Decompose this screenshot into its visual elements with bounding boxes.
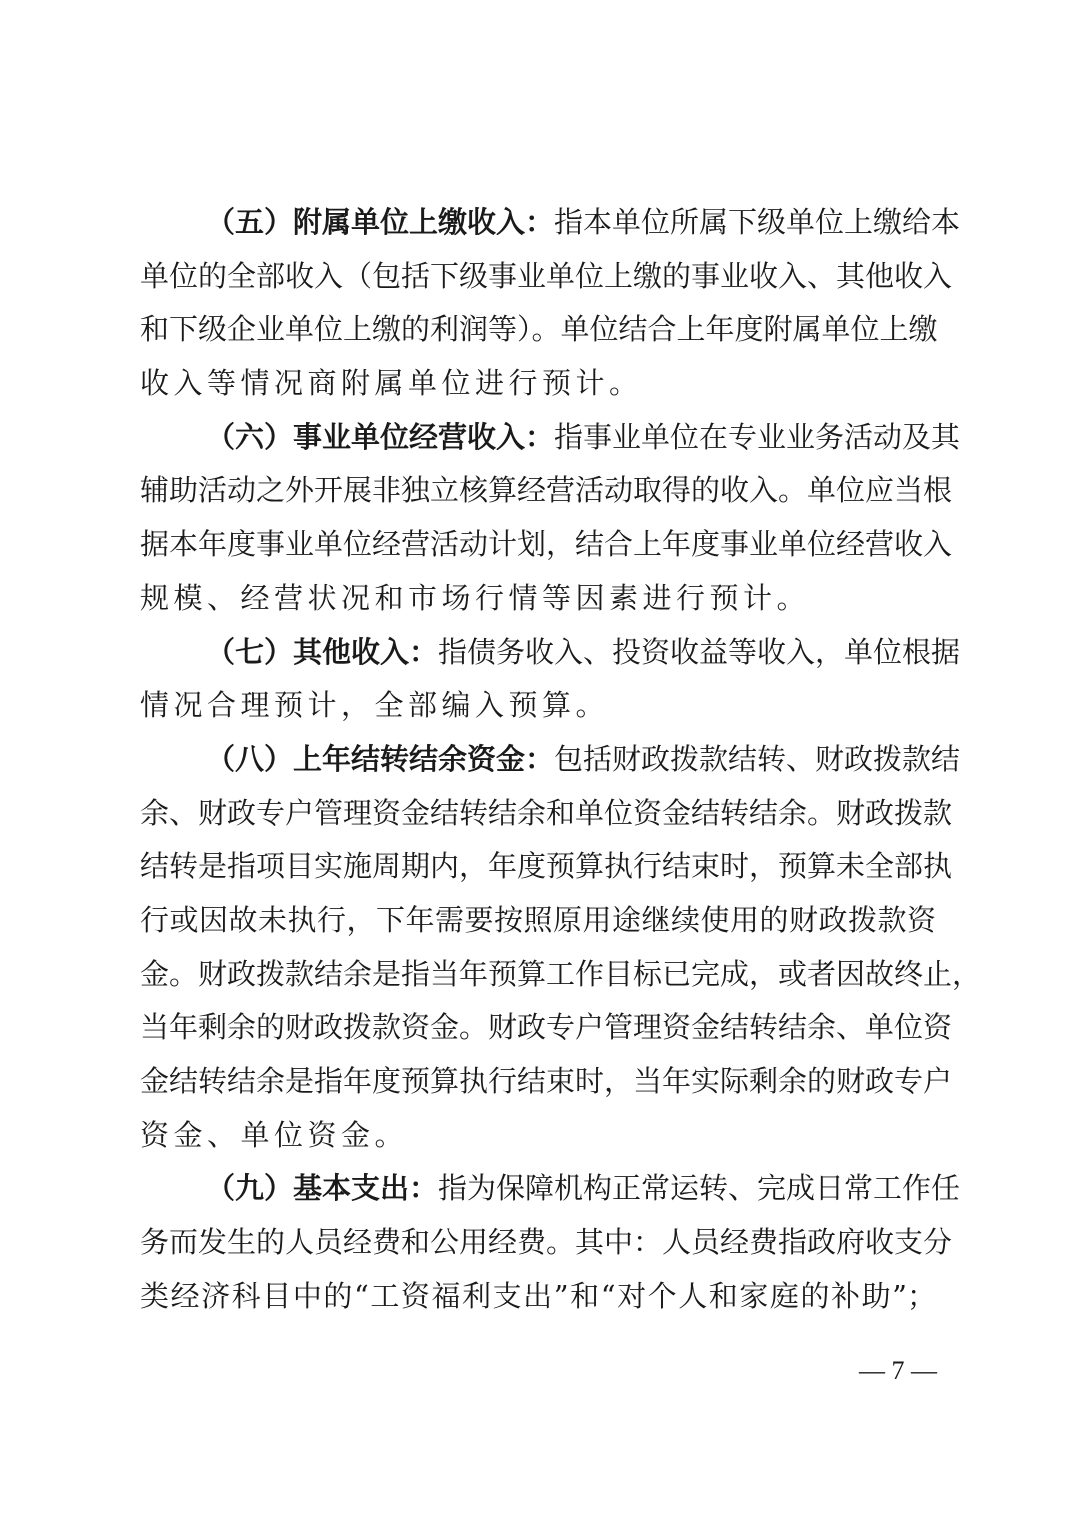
paragraph-text: 指债务收入、投资收益等收入，单位根据	[438, 635, 960, 669]
paragraph-line: 收入等情况商附属单位进行预计。	[140, 357, 936, 411]
page-number: — 7 —	[858, 1356, 938, 1386]
document-page-body: （五）附属单位上缴收入：指本单位所属下级单位上缴给本 单位的全部收入（包括下级事…	[140, 196, 936, 1323]
paragraph-carryover-balance-funds: （八）上年结转结余资金：包括财政拨款结转、财政拨款结 余、财政专户管理资金结转结…	[140, 733, 936, 1163]
paragraph-first-line: （五）附属单位上缴收入：指本单位所属下级单位上缴给本	[140, 196, 936, 250]
paragraph-line: 辅助活动之外开展非独立核算经营活动取得的收入。单位应当根	[140, 464, 936, 518]
paragraph-line: 当年剩余的财政拨款资金。财政专户管理资金结转结余、单位资	[140, 1001, 936, 1055]
paragraph-line: 据本年度事业单位经营活动计划，结合上年度事业单位经营收入	[140, 518, 936, 572]
paragraph-first-line: （六）事业单位经营收入：指事业单位在专业业务活动及其	[140, 411, 936, 465]
paragraph-line: 类经济科目中的“工资福利支出”和“对个人和家庭的补助”；	[140, 1270, 936, 1324]
paragraph-other-income: （七）其他收入：指债务收入、投资收益等收入，单位根据 情况合理预计，全部编入预算…	[140, 626, 936, 733]
paragraph-heading: （八）上年结转结余资金：	[206, 742, 554, 776]
paragraph-line: 情况合理预计，全部编入预算。	[140, 679, 936, 733]
paragraph-line: 金。财政拨款结余是指当年预算工作目标已完成，或者因故终止，	[140, 948, 936, 1002]
paragraph-line: 金结转结余是指年度预算执行结束时，当年实际剩余的财政专户	[140, 1055, 936, 1109]
paragraph-text: 包括财政拨款结转、财政拨款结	[554, 742, 960, 776]
paragraph-line: 单位的全部收入（包括下级事业单位上缴的事业收入、其他收入	[140, 250, 936, 304]
paragraph-text: 指事业单位在专业业务活动及其	[554, 420, 960, 454]
paragraph-heading: （七）其他收入：	[206, 635, 438, 669]
paragraph-heading: （五）附属单位上缴收入：	[206, 205, 554, 239]
paragraph-line: 和下级企业单位上缴的利润等）。单位结合上年度附属单位上缴	[140, 303, 936, 357]
paragraph-first-line: （七）其他收入：指债务收入、投资收益等收入，单位根据	[140, 626, 936, 680]
paragraph-first-line: （九）基本支出：指为保障机构正常运转、完成日常工作任	[140, 1162, 936, 1216]
paragraph-line: 资金、单位资金。	[140, 1109, 936, 1163]
paragraph-text: 指本单位所属下级单位上缴给本	[554, 205, 960, 239]
paragraph-line: 规模、经营状况和市场行情等因素进行预计。	[140, 572, 936, 626]
paragraph-line: 余、财政专户管理资金结转结余和单位资金结转结余。财政拨款	[140, 787, 936, 841]
paragraph-line: 行或因故未执行，下年需要按照原用途继续使用的财政拨款资	[140, 894, 936, 948]
paragraph-business-operating-income: （六）事业单位经营收入：指事业单位在专业业务活动及其 辅助活动之外开展非独立核算…	[140, 411, 936, 626]
paragraph-basic-expenditure: （九）基本支出：指为保障机构正常运转、完成日常工作任 务而发生的人员经费和公用经…	[140, 1162, 936, 1323]
paragraph-text: 指为保障机构正常运转、完成日常工作任	[438, 1171, 960, 1205]
paragraph-affiliated-unit-income: （五）附属单位上缴收入：指本单位所属下级单位上缴给本 单位的全部收入（包括下级事…	[140, 196, 936, 411]
paragraph-heading: （六）事业单位经营收入：	[206, 420, 554, 454]
paragraph-line: 务而发生的人员经费和公用经费。其中：人员经费指政府收支分	[140, 1216, 936, 1270]
paragraph-heading: （九）基本支出：	[206, 1171, 438, 1205]
paragraph-line: 结转是指项目实施周期内，年度预算执行结束时，预算未全部执	[140, 840, 936, 894]
paragraph-first-line: （八）上年结转结余资金：包括财政拨款结转、财政拨款结	[140, 733, 936, 787]
